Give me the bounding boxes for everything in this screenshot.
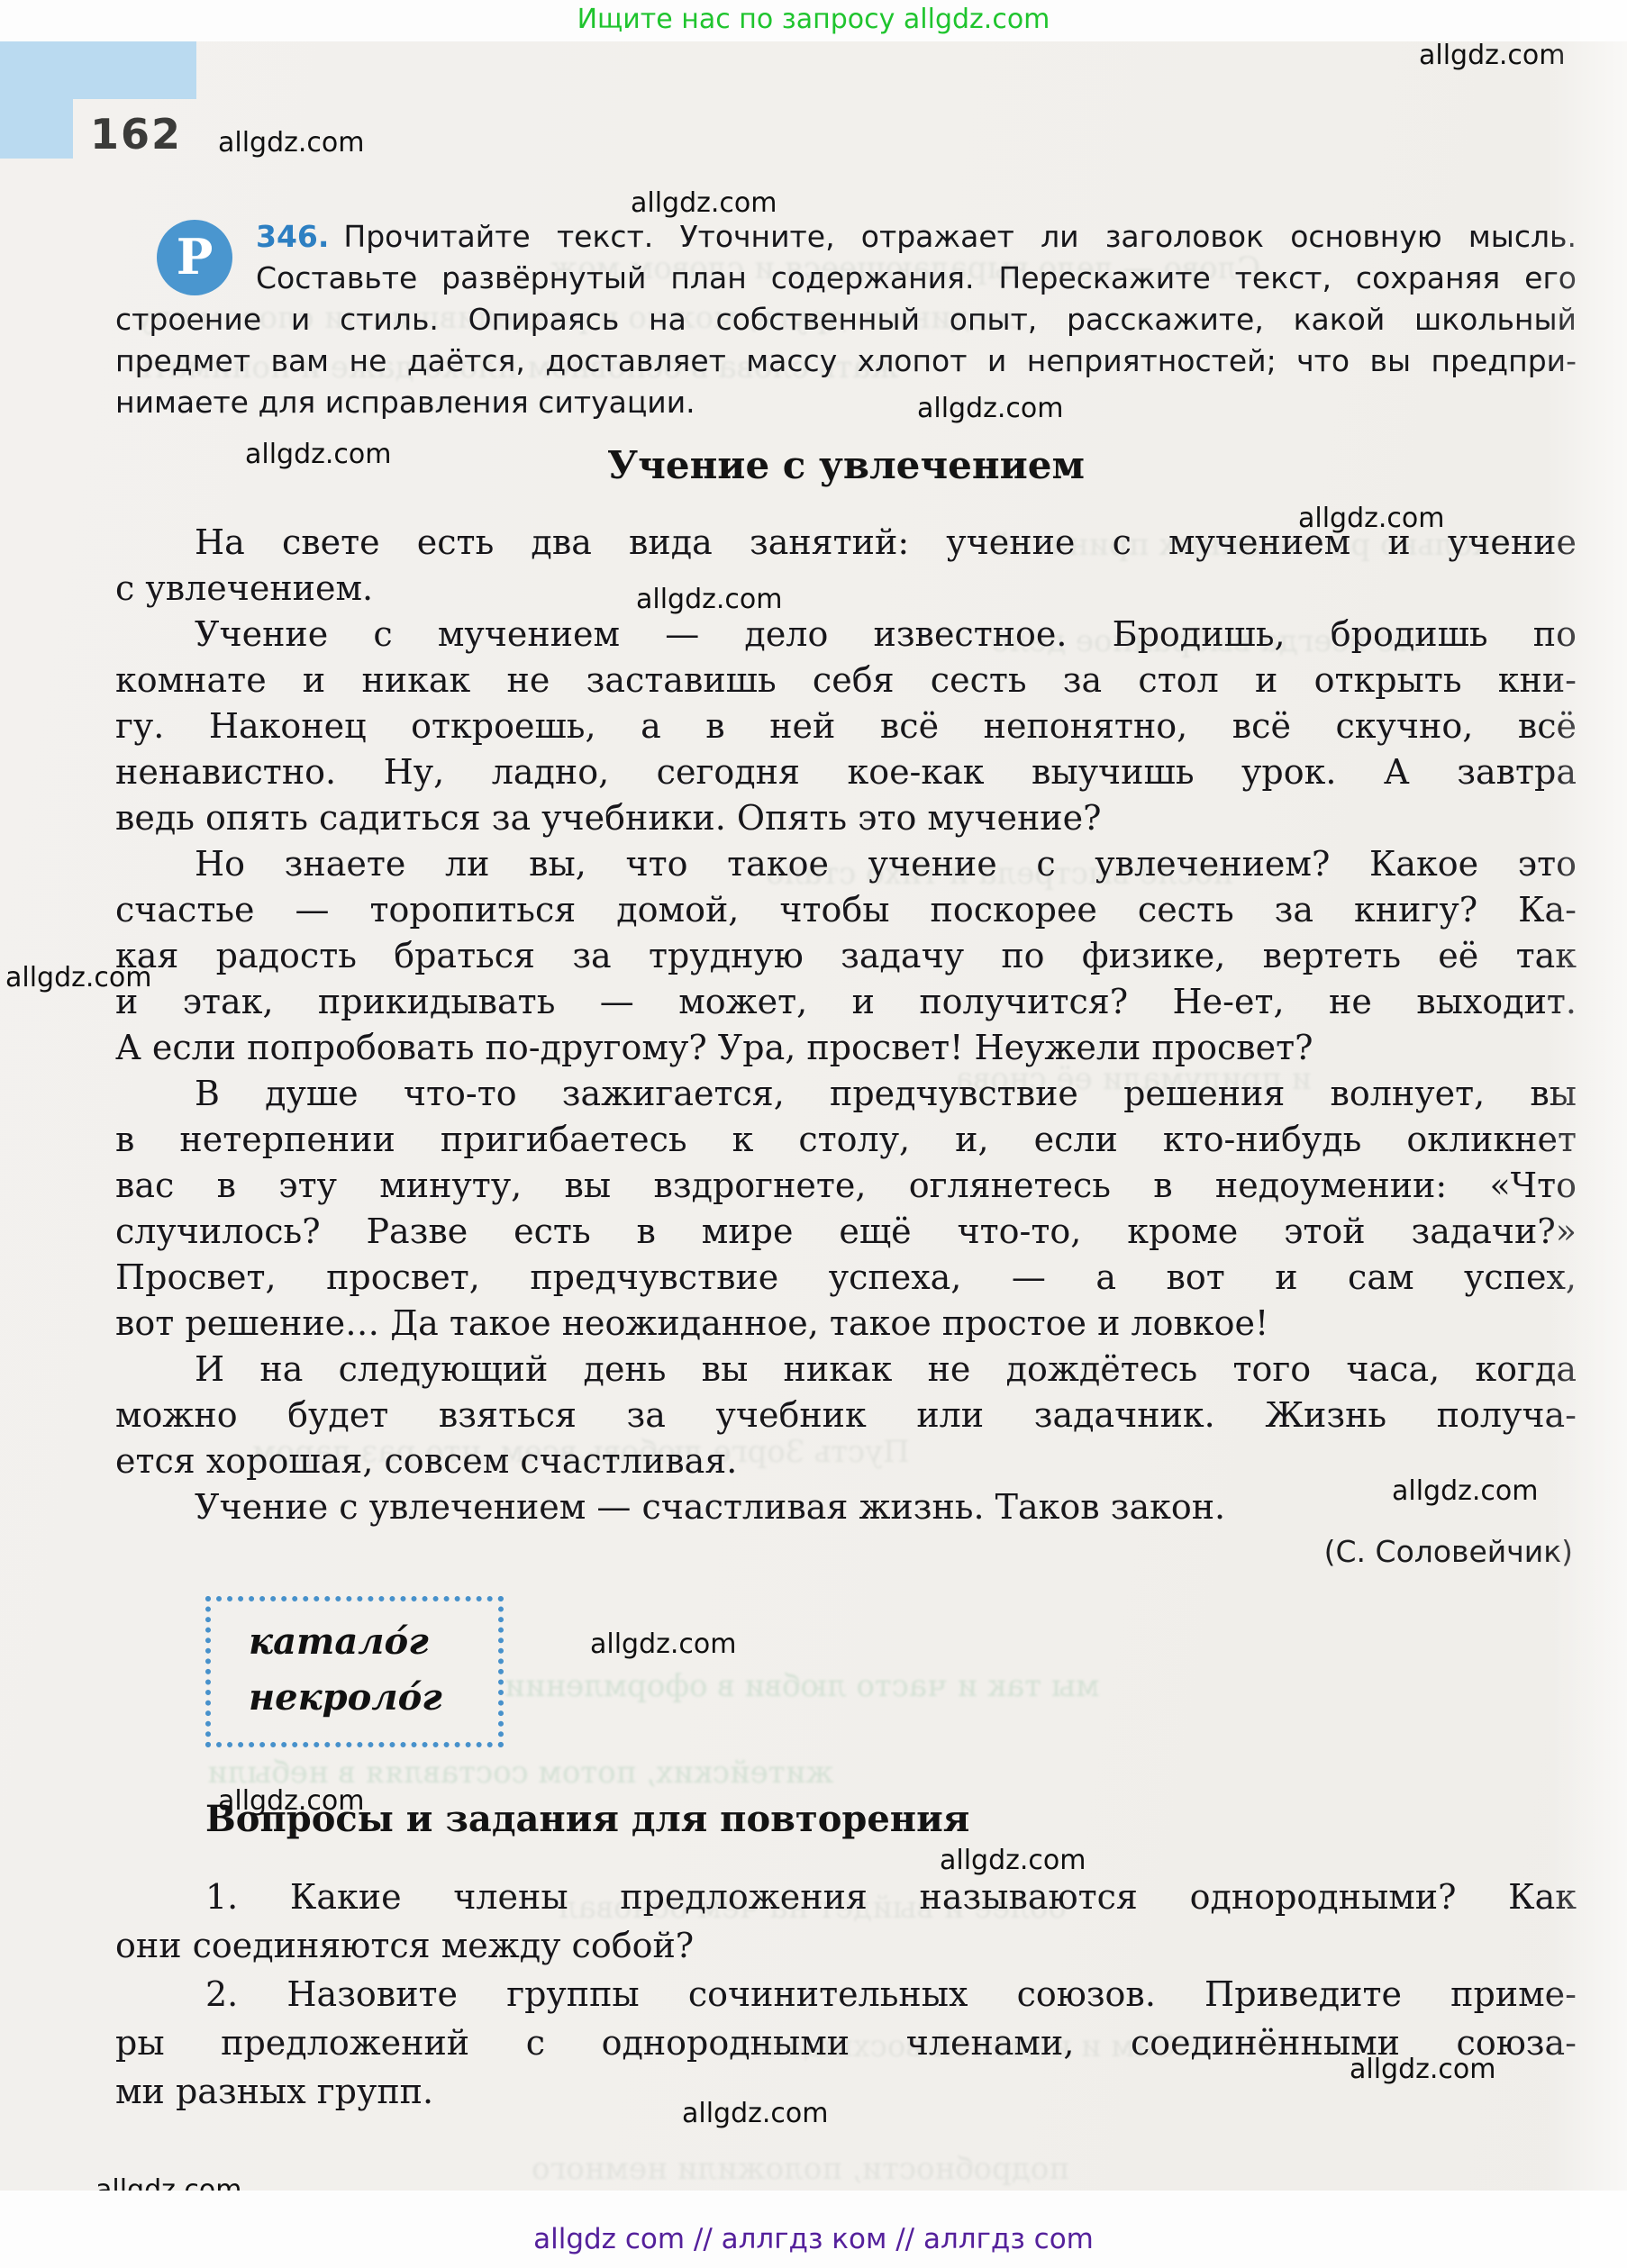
exercise-instruction-line: нимаете для исправления ситуации. xyxy=(115,382,1577,423)
question-line: 2. Назовите группы сочинительных союзов.… xyxy=(115,1970,1577,2019)
review-question-1: 1. Какие члены предложения называются од… xyxy=(115,1873,1577,1970)
watermark-text: allgdz.com xyxy=(590,1628,737,1660)
footer-links-text: allgdz com // аллгдз ком // аллгдз com xyxy=(0,2223,1627,2255)
exercise-346: Р 346.Прочитайте текст. Уточните, отража… xyxy=(115,216,1577,423)
speech-development-badge-icon: Р xyxy=(157,220,232,295)
bleedthrough-line: подробности, положили немного xyxy=(532,2151,1069,2187)
article-line: Учение с увлечением — счастливая жизнь. … xyxy=(115,1484,1577,1530)
exercise-instruction-line: 346.Прочитайте текст. Уточните, отражает… xyxy=(115,216,1577,258)
watermark-text: allgdz.com xyxy=(218,127,365,159)
article-line: счастье — торопиться домой, чтобы поскор… xyxy=(115,887,1577,933)
textbook-page-scan: Ищите нас по запросу allgdz.com 162 Слов… xyxy=(0,0,1627,2268)
watermark-text: allgdz.com xyxy=(218,1785,365,1817)
review-question-2: 2. Назовите группы сочинительных союзов.… xyxy=(115,1970,1577,2116)
vocabulary-box-wrap: катало́г некроло́г xyxy=(205,1596,1577,1747)
vocabulary-word: катало́г xyxy=(249,1614,442,1670)
text-column: Р 346.Прочитайте текст. Уточните, отража… xyxy=(115,216,1577,2116)
watermark-text: allgdz.com xyxy=(940,1845,1086,1876)
exercise-instruction-line: строение и стиль. Опираясь на собственны… xyxy=(115,299,1577,340)
article-line: Просвет, просвет, предчувствие успеха, —… xyxy=(115,1255,1577,1301)
watermark-text: allgdz.com xyxy=(5,962,152,993)
article-line: В душе что-то зажигается, предчувствие р… xyxy=(115,1071,1577,1117)
corner-tab-shape xyxy=(0,41,73,159)
article-line: и этак, прикидывать — может, и получится… xyxy=(115,979,1577,1025)
question-line: они соединяются между собой? xyxy=(115,1921,1577,1970)
watermark-text: allgdz.com xyxy=(917,393,1064,424)
exercise-instruction-line: предмет вам не даётся, доставляет массу … xyxy=(115,340,1577,382)
article-line: Но знаете ли вы, что такое учение с увле… xyxy=(115,841,1577,887)
question-line: 1. Какие члены предложения называются од… xyxy=(115,1873,1577,1921)
badge-letter: Р xyxy=(177,228,214,286)
article-line: в нетерпении пригибаетесь к столу, и, ес… xyxy=(115,1117,1577,1163)
author-signature: (С. Соловейчик) xyxy=(115,1534,1577,1569)
article-line: гу. Наконец откроешь, а в ней всё непоня… xyxy=(115,703,1577,749)
vocabulary-box: катало́г некроло́г xyxy=(205,1596,504,1747)
watermark-text: allgdz.com xyxy=(636,584,783,615)
article-line: можно будет взяться за учебник или задач… xyxy=(115,1393,1577,1438)
vocabulary-word: некроло́г xyxy=(249,1670,442,1726)
review-section-heading: Вопросы и задания для повторения xyxy=(205,1798,1577,1840)
watermark-text: allgdz.com xyxy=(1298,503,1445,534)
article-line: кая радость браться за трудную задачу по… xyxy=(115,933,1577,979)
exercise-instruction-text: Прочитайте текст. Уточните, отражает ли … xyxy=(343,219,1577,254)
page-number: 162 xyxy=(90,110,182,159)
watermark-text: allgdz.com xyxy=(1419,40,1566,71)
watermark-text: allgdz.com xyxy=(631,187,777,219)
article-line: Учение с мучением — дело известное. Брод… xyxy=(115,612,1577,658)
article-line: ненавистно. Ну, ладно, сегодня кое-как в… xyxy=(115,749,1577,795)
article-line: вот решение… Да такое неожиданное, такое… xyxy=(115,1301,1577,1347)
article-line: вас в эту минуту, вы вздрогнете, оглянет… xyxy=(115,1163,1577,1209)
article-line: И на следующий день вы никак не дождётес… xyxy=(115,1347,1577,1393)
article-line: А если попробовать по-другому? Ура, прос… xyxy=(115,1025,1577,1071)
article-line: с увлечением. xyxy=(115,566,1577,612)
watermark-text: allgdz.com xyxy=(1350,2054,1496,2085)
promo-banner-text: Ищите нас по запросу allgdz.com xyxy=(0,4,1627,35)
article-line: ведь опять садиться за учебники. Опять э… xyxy=(115,795,1577,841)
article-line: случилось? Разве есть в мире ещё что-то,… xyxy=(115,1209,1577,1255)
exercise-instruction-line: Составьте развёрнутый план содержания. П… xyxy=(115,258,1577,299)
watermark-text: allgdz.com xyxy=(1392,1475,1539,1507)
exercise-number: 346. xyxy=(256,219,343,254)
article-line: комнате и никак не заставишь себя сесть … xyxy=(115,658,1577,703)
article-line: ется хорошая, совсем счастливая. xyxy=(115,1438,1577,1484)
watermark-text: allgdz.com xyxy=(245,439,392,470)
article-body: На свете есть два вида занятий: учение с… xyxy=(115,520,1577,1530)
watermark-text: allgdz.com xyxy=(682,2098,829,2129)
